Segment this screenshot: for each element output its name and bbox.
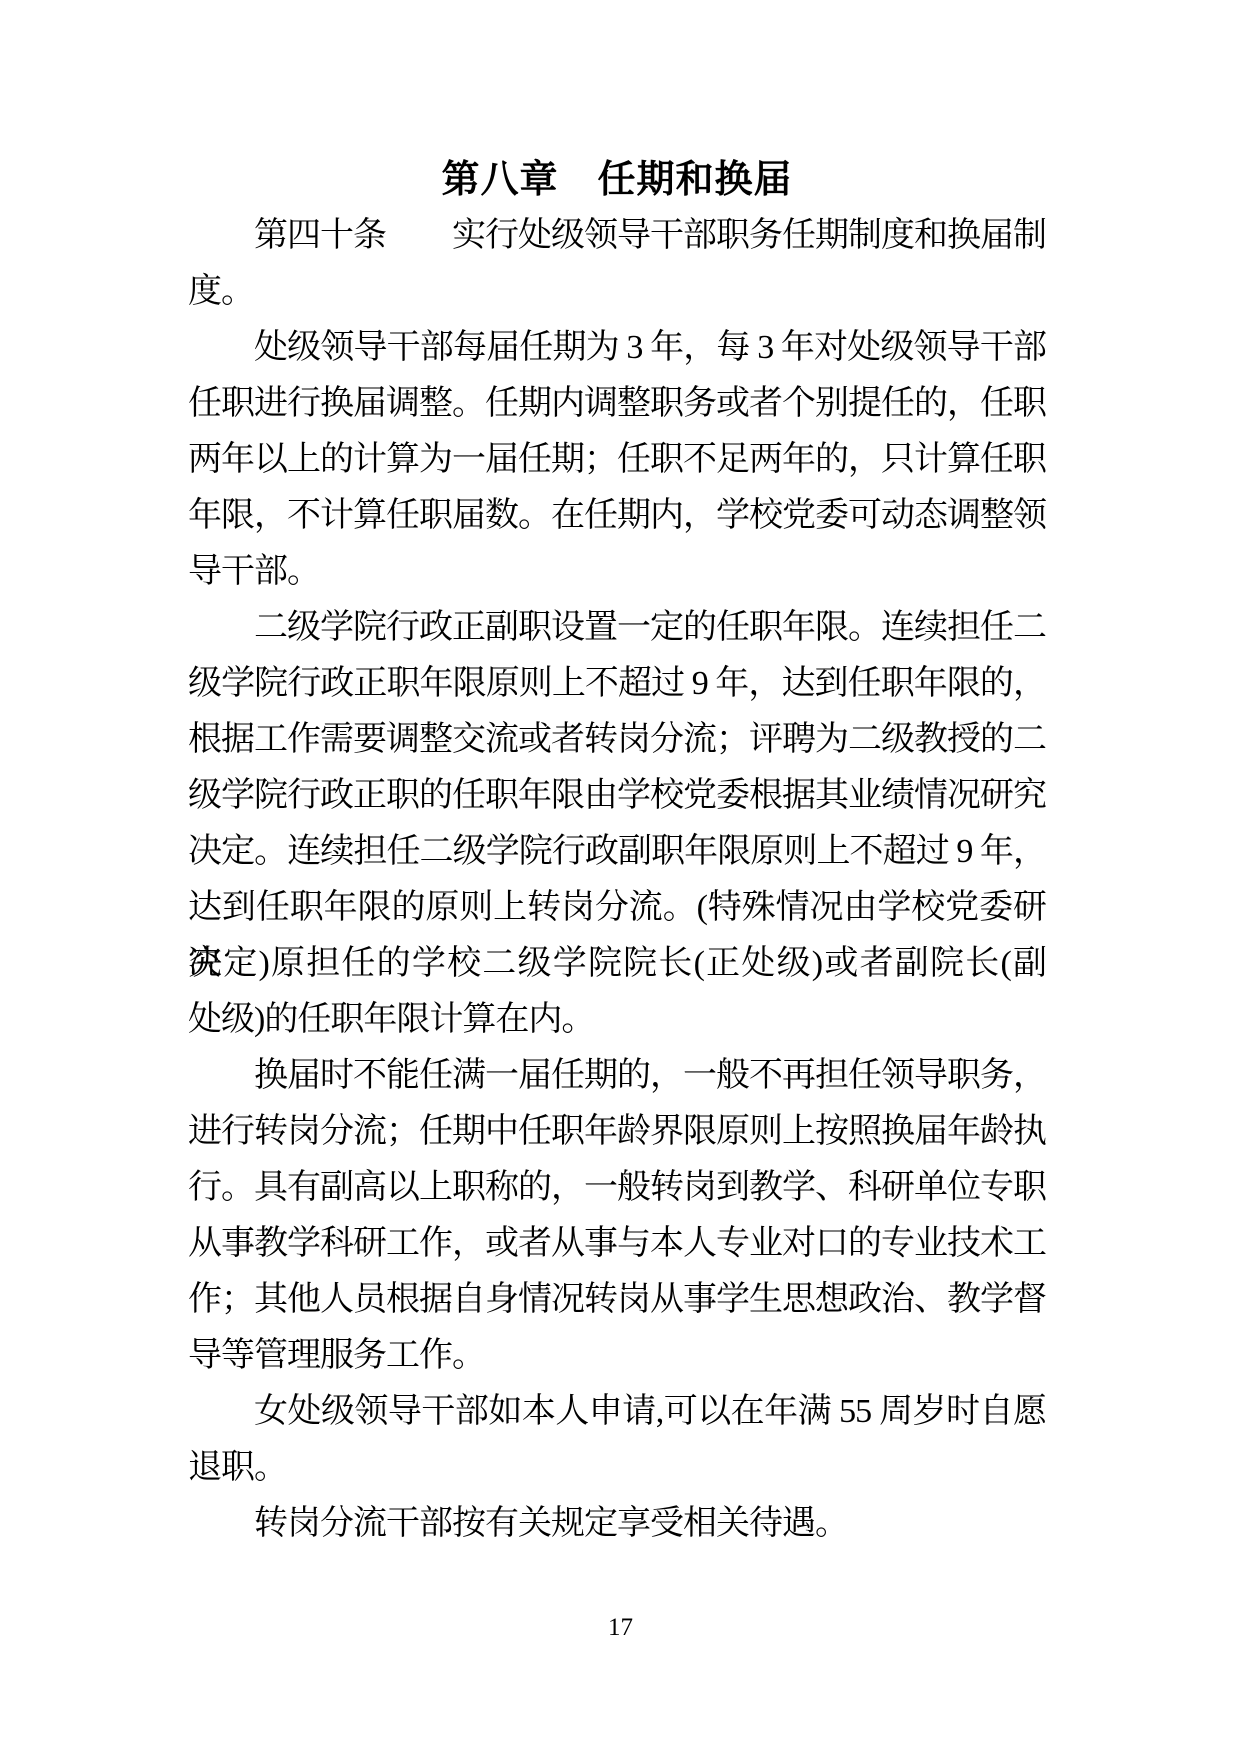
text-line: 换届时不能任满一届任期的，一般不再担任领导职务， — [188, 1048, 1046, 1104]
text-line: 度。 — [188, 264, 1046, 320]
text-line: 从事教学科研工作，或者从事与本人专业对口的专业技术工 — [188, 1216, 1046, 1272]
text-line: 任职进行换届调整。任期内调整职务或者个别提任的，任职 — [188, 376, 1046, 432]
text-line: 两年以上的计算为一届任期；任职不足两年的，只计算任职 — [188, 432, 1046, 488]
text-line: 决定。连续担任二级学院行政副职年限原则上不超过 9 年， — [188, 824, 1046, 880]
text-line: 转岗分流干部按有关规定享受相关待遇。 — [188, 1496, 1046, 1552]
paragraphs-container: 第四十条 实行处级领导干部职务任期制度和换届制度。处级领导干部每届任期为 3 年… — [188, 208, 1046, 1552]
text-line: 退职。 — [188, 1440, 1046, 1496]
document-body: 第八章 任期和换届 第四十条 实行处级领导干部职务任期制度和换届制度。处级领导干… — [188, 152, 1046, 1552]
text-line: 二级学院行政正副职设置一定的任职年限。连续担任二 — [188, 600, 1046, 656]
document-page: 第八章 任期和换届 第四十条 实行处级领导干部职务任期制度和换届制度。处级领导干… — [0, 0, 1241, 1754]
text-line: 行。具有副高以上职称的，一般转岗到教学、科研单位专职 — [188, 1160, 1046, 1216]
text-line: 处级)的任职年限计算在内。 — [188, 992, 1046, 1048]
text-line: 导干部。 — [188, 544, 1046, 600]
page-number: 17 — [0, 1614, 1241, 1642]
text-line: 年限，不计算任职届数。在任期内，学校党委可动态调整领 — [188, 488, 1046, 544]
text-line: 作；其他人员根据自身情况转岗从事学生思想政治、教学督 — [188, 1272, 1046, 1328]
text-line: 根据工作需要调整交流或者转岗分流；评聘为二级教授的二 — [188, 712, 1046, 768]
text-line: 第四十条 实行处级领导干部职务任期制度和换届制 — [188, 208, 1046, 264]
text-line: 女处级领导干部如本人申请,可以在年满 55 周岁时自愿 — [188, 1384, 1046, 1440]
text-line: 导等管理服务工作。 — [188, 1328, 1046, 1384]
text-line: 级学院行政正职年限原则上不超过 9 年，达到任职年限的， — [188, 656, 1046, 712]
text-line: 达到任职年限的原则上转岗分流。(特殊情况由学校党委研究 — [188, 880, 1046, 936]
text-line: 进行转岗分流；任期中任职年龄界限原则上按照换届年龄执 — [188, 1104, 1046, 1160]
chapter-heading: 第八章 任期和换届 — [188, 152, 1046, 208]
text-line: 级学院行政正职的任职年限由学校党委根据其业绩情况研究 — [188, 768, 1046, 824]
text-line: 处级领导干部每届任期为 3 年，每 3 年对处级领导干部 — [188, 320, 1046, 376]
text-line: 决定)原担任的学校二级学院院长(正处级)或者副院长(副 — [188, 936, 1046, 992]
